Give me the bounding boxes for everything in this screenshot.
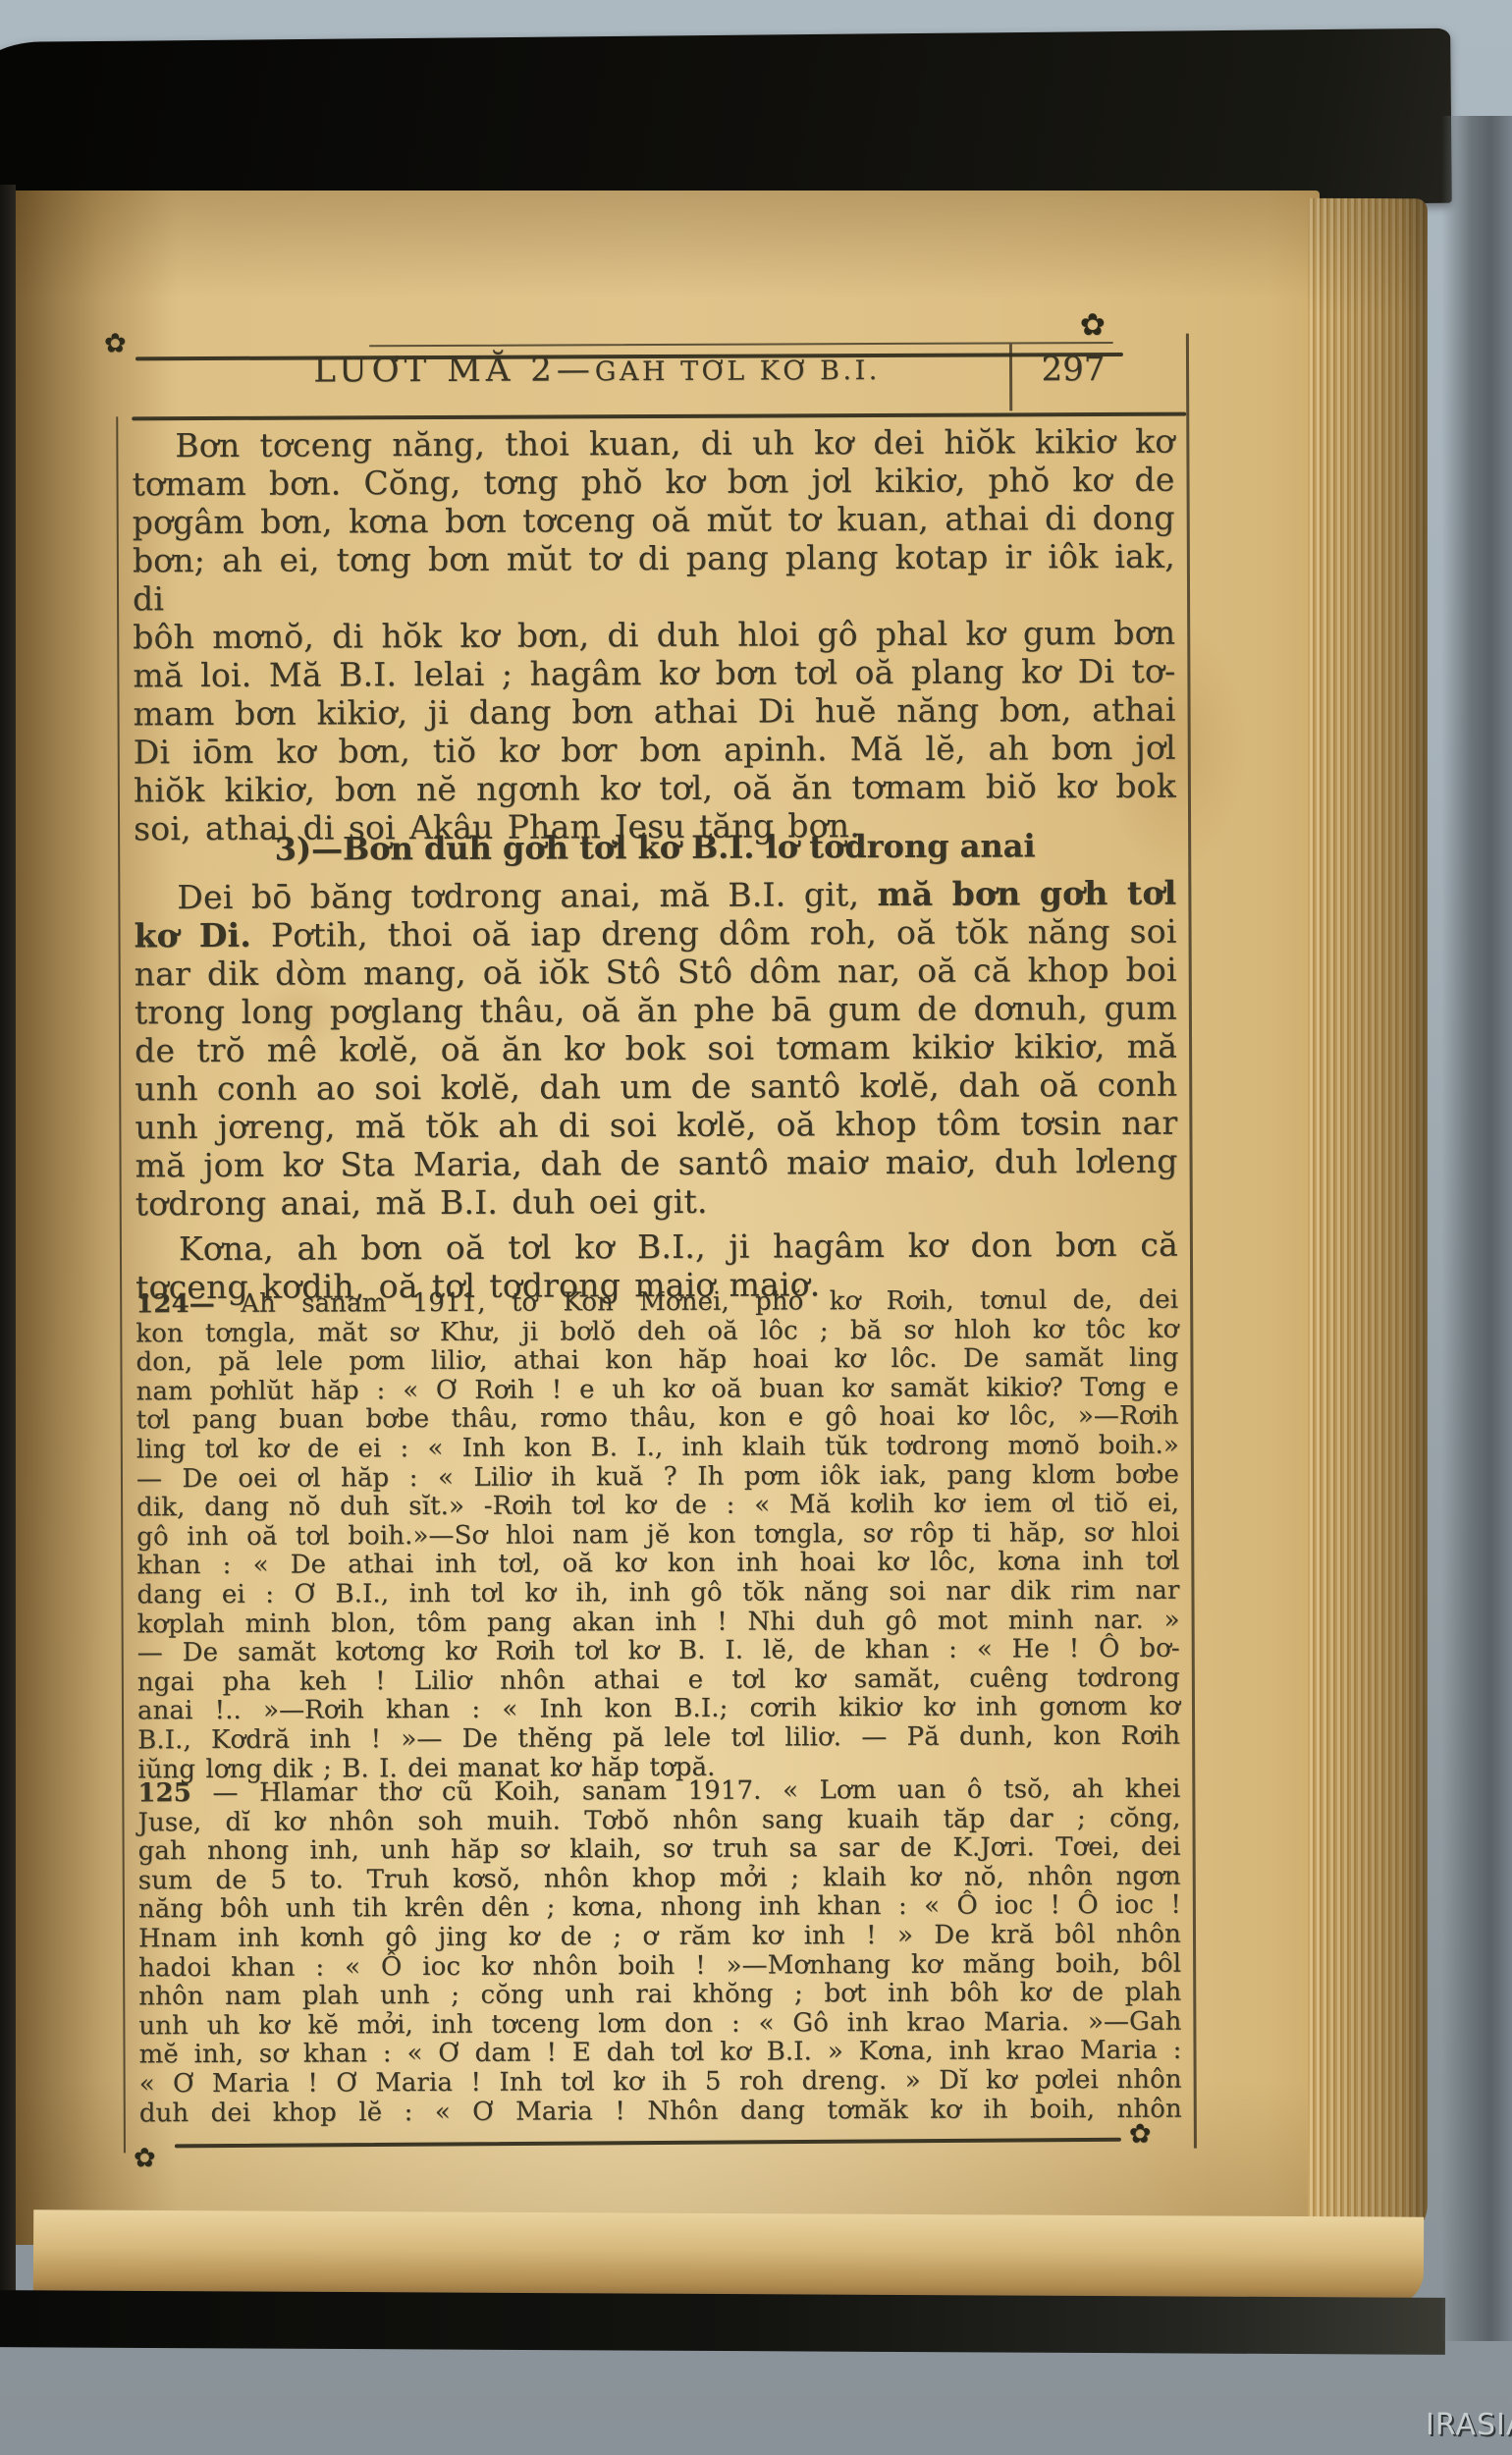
footnote-124: 124— Ah sanam 1911, tơ Kon Mơnei, phŏ kơ… [135,1286,1180,1785]
book-spine-shadow [0,185,16,2306]
text-line: duh dei khop lĕ : « Ơ Maria ! Nhôn dang … [139,2095,1182,2128]
printed-text-block: ✿ ✿ LUƠT MĂ 2—GAH TƠL KƠ B.I. 297 Bơn tơ… [122,322,1198,2198]
text-line: bôh mơnŏ, di hŏk kơ bơn, di duh hloi gô … [133,614,1175,657]
text-line: hiŏk kikiơ, bơn nĕ ngơnh kơ tơl, oă ăn t… [134,767,1176,810]
floral-ornament-icon: ✿ [1080,310,1106,341]
back-cover-edge-shadow [1441,116,1512,2341]
header-bottom-rule [132,412,1186,420]
text-line: trong long pơglang thâu, oă ăn phe bā gu… [135,989,1177,1032]
text-line: tơdrong anai, mă B.I. duh oei git. [135,1180,1178,1224]
paragraph-2: Dei bō băng tơdrong anai, mă B.I. git, m… [134,874,1178,1224]
text-line: mă loi. Mă B.I. lelai ; hagâm kơ bơn tơl… [133,652,1175,695]
text-line: pơgâm bơn, kơna bơn tơceng oă mŭt tơ kua… [133,499,1175,542]
text-line: bơn; ah ei, tơng bơn mŭt tơ di pang plan… [133,537,1175,619]
page-number: 297 [1020,350,1126,389]
book-cover-bottom-edge [0,2290,1445,2355]
section-heading-3: 3)—Bơn duh gơh tơl kơ B.I. lơ tơdrong an… [134,827,1176,869]
text-line: unh conh ao soi kơlĕ, dah um de santô kơ… [135,1065,1177,1109]
floral-ornament-icon: ✿ [134,2145,156,2171]
text-line: de trŏ mê kơlĕ, oă ăn kơ bok soi tơmam k… [135,1027,1177,1070]
running-head-chapter: LUƠT MĂ 2 [313,350,557,390]
book-fore-edge-pages [1308,198,1428,2244]
floral-ornament-icon: ✿ [104,330,127,356]
text-line: mă jom kơ Sta Maria, dah de santô maiơ m… [135,1142,1177,1185]
text-line: Di iōm kơ bơn, tiŏ kơ bơr bơn apinh. Mă … [134,729,1176,772]
text-line: B.I., Kơdră inh ! »— De thĕng pă lele tơ… [137,1722,1180,1756]
book-cover-top-edge [0,28,1452,217]
text-line: mam bơn kikiơ, ji dang bơn athai Di huĕ … [133,690,1175,734]
text-line: Dei bō băng tơdrong anai, mă B.I. git, m… [134,874,1176,917]
running-head-section: GAH TƠL KƠ B.I. [595,355,881,387]
floral-ornament-icon: ✿ [1129,2121,1152,2148]
paragraph-1: Bơn tơceng năng, thoi kuan, di uh kơ dei… [132,422,1176,848]
text-line: nar dik dòm mang, oă iŏk Stô Stô dôm nar… [135,951,1177,994]
text-line: unh jơreng, mă tŏk ah di soi kơlĕ, oă kh… [135,1104,1177,1147]
text-line: kơ Di. Pơtih, thoi oă iap dreng dôm roh,… [134,912,1176,955]
scanned-book-page-photo: ✿ ✿ LUƠT MĂ 2—GAH TƠL KƠ B.I. 297 Bơn tơ… [0,0,1512,2455]
running-head: LUƠT MĂ 2—GAH TƠL KƠ B.I. [181,348,1013,391]
text-line: Kơna, ah bơn oă tơl kơ B.I., ji hagâm kơ… [135,1226,1178,1269]
text-line: tơmam bơn. Cŏng, tơng phŏ kơ bơn jơl kik… [132,461,1174,504]
footer-rule [175,2138,1121,2148]
watermark-text: IRASIA [1426,2408,1512,2442]
text-line: Bơn tơceng năng, thoi kuan, di uh kơ dei… [132,422,1174,465]
running-head-dash: — [557,350,595,389]
header-divider-bar [1009,344,1012,410]
footnote-125: 125 — Hlamar thơ cũ Koih, sanam 1917. « … [137,1775,1182,2129]
header-top-rule-thin [369,342,1113,347]
